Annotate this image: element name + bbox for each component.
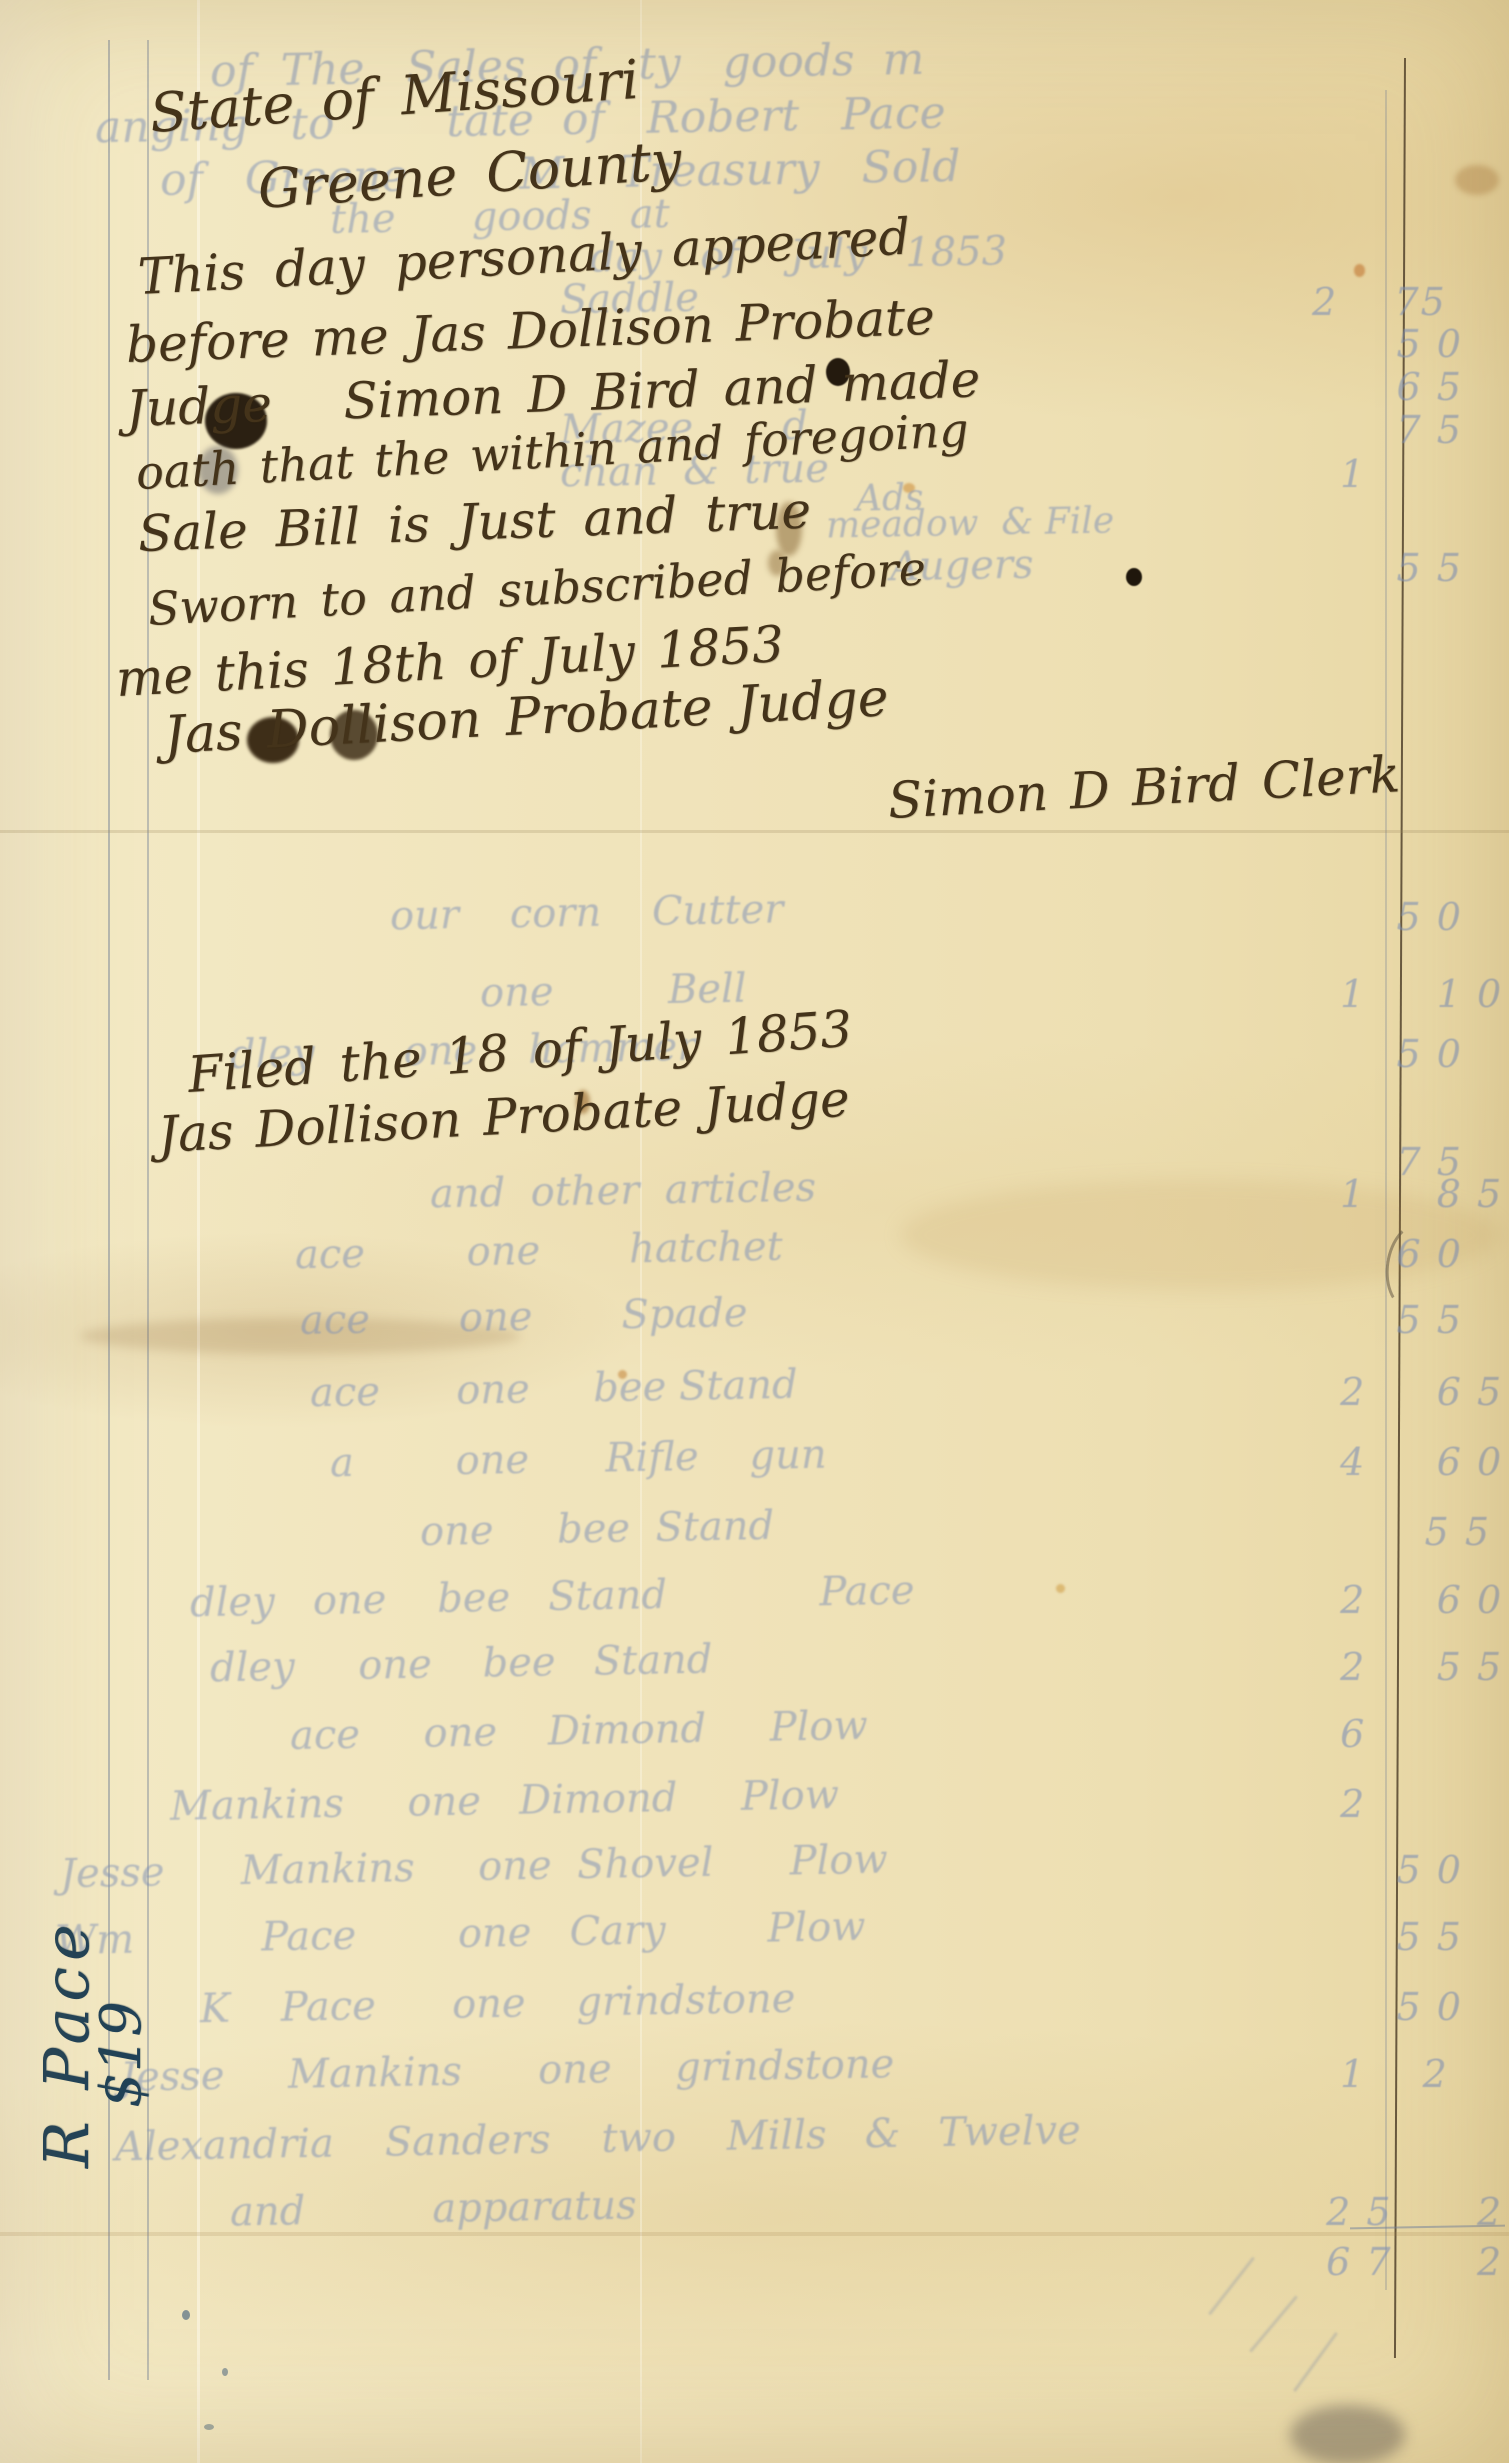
- bleedthrough-amount: 2 75: [1312, 280, 1508, 324]
- bleedthrough-amount: 5 5: [1312, 1510, 1508, 1554]
- ink-blot: [1126, 568, 1142, 586]
- bleedthrough-amount: 6: [1312, 1712, 1508, 1756]
- stain: [1455, 165, 1499, 195]
- bleedthrough-amount: 5 5: [1312, 546, 1508, 590]
- bleedthrough-amount: 2 6 0: [1312, 1578, 1508, 1622]
- pencil-stroke: [1208, 2257, 1255, 2316]
- bleedthrough-amount: 5 0: [1312, 322, 1508, 366]
- document-page: of The Sales of ty goods m anging to tat…: [0, 0, 1509, 2463]
- margin-annotation: R Pace $19: [30, 1918, 154, 2168]
- bleedthrough-amount: 2 5 2 1: [1312, 2190, 1508, 2234]
- bleedthrough-amount: 1: [1312, 452, 1508, 496]
- bleedthrough-amount: 5 0: [1312, 1032, 1508, 1076]
- ink-speck: [182, 2310, 190, 2320]
- ink-speck: [222, 2368, 228, 2376]
- bleedthrough-amount: 5 0: [1312, 1985, 1508, 2029]
- bleedthrough-amount: 7 5: [1312, 408, 1508, 452]
- bleedthrough-line: dley one bee Stand: [210, 1637, 713, 1692]
- bleedthrough-line: one bee Stand: [420, 1503, 775, 1555]
- bleedthrough-line: Wm Pace one Cary Plow: [55, 1904, 866, 1964]
- bleedthrough-line: Jesse Mankins one Shovel Plow: [60, 1837, 888, 1897]
- stain: [1290, 2405, 1405, 2463]
- bleedthrough-amount: 4 6 0: [1312, 1440, 1508, 1484]
- bleedthrough-total: 6 7 2 7: [1312, 2240, 1508, 2284]
- bleedthrough-line: and apparatus: [230, 2182, 637, 2235]
- bleedthrough-line: and other articles: [430, 1165, 817, 1218]
- horizontal-crease: [0, 830, 1509, 833]
- bleedthrough-amount: 6 5: [1312, 365, 1508, 409]
- bleedthrough-line: ace one Spade: [300, 1290, 748, 1344]
- ink-speck: [204, 2424, 214, 2430]
- bleedthrough-line: Mankins one Dimond Plow: [170, 1772, 840, 1830]
- bleedthrough-line: Alexandria Sanders two Mills & Twelve: [115, 2108, 1081, 2171]
- horizontal-crease: [0, 2232, 1509, 2236]
- bleedthrough-line: a one Rifle gun: [330, 1432, 827, 1487]
- bleedthrough-line: ace one bee Stand: [310, 1362, 798, 1417]
- bleedthrough-line: dley one bee Stand Pace: [190, 1568, 915, 1627]
- bleedthrough-amount: 1 8 5: [1312, 1172, 1508, 1216]
- stain: [1056, 1584, 1065, 1593]
- bleedthrough-amount: 1 1 0: [1312, 972, 1508, 1016]
- bleedthrough-amount: 2: [1312, 1782, 1508, 1826]
- bleedthrough-line: ace one Dimond Plow: [290, 1703, 868, 1759]
- bleedthrough-amount: 5 5: [1312, 1915, 1508, 1959]
- bleedthrough-line: Jesse Mankins one grindstone: [120, 2041, 895, 2101]
- bleedthrough-amount: 1 2: [1312, 2052, 1508, 2096]
- bleedthrough-amount: 5 0: [1312, 1848, 1508, 1892]
- stain: [1354, 264, 1365, 277]
- bleedthrough-amount: 2 5 5: [1312, 1645, 1508, 1689]
- bleedthrough-amount: 2 6 5: [1312, 1370, 1508, 1414]
- bleedthrough-amount: 5 0: [1312, 895, 1508, 939]
- bleedthrough-line: K Pace one grindstone: [200, 1976, 796, 2032]
- pencil-stroke: [1249, 2295, 1298, 2352]
- pencil-stroke: [1293, 2332, 1338, 2392]
- bleedthrough-line: meadow & File: [826, 500, 1115, 546]
- bleedthrough-line: ace one hatchet: [295, 1224, 783, 1279]
- affidavit-signature-clerk: Simon D Bird Clerk: [886, 745, 1401, 830]
- bleedthrough-line: our corn Cutter: [390, 887, 784, 940]
